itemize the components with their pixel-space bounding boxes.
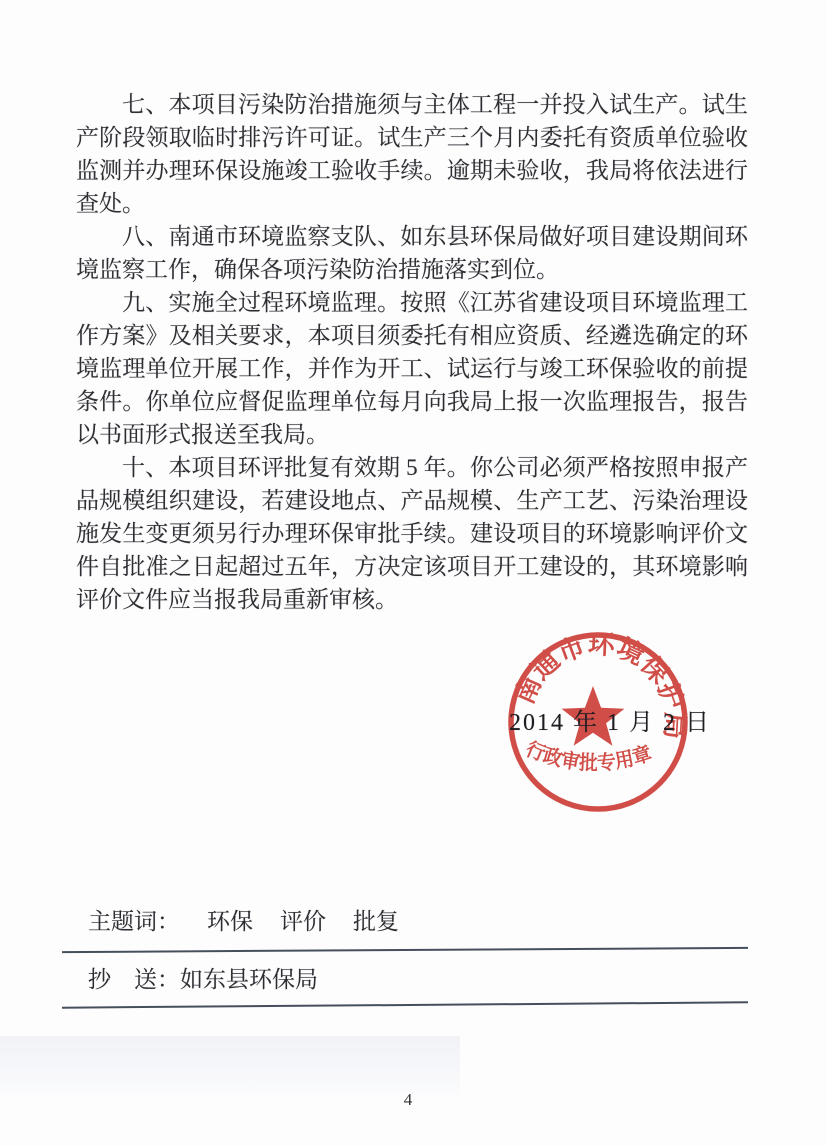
- cc-value: 如东县环保局: [180, 967, 318, 992]
- paragraph-item-8: 八、南通市环境监察支队、如东县环保局做好项目建设期间环境监察工作，确保各项污染防…: [76, 220, 748, 286]
- keyword-item: 环保: [207, 909, 253, 934]
- scanned-document-page: 七、本项目污染防治措施须与主体工程一并投入试生产。试生产阶段领取临时排污许可证。…: [0, 0, 827, 1146]
- paragraph-item-9: 九、实施全过程环境监理。按照《江苏省建设项目环境监理工作方案》及相关要求，本项目…: [76, 286, 748, 451]
- subject-keywords-row: 主题词：环保评价批复: [88, 903, 399, 936]
- paragraph-item-7: 七、本项目污染防治措施须与主体工程一并投入试生产。试生产阶段领取临时排污许可证。…: [76, 88, 748, 220]
- cc-row: 抄 送：如东县环保局: [88, 961, 318, 994]
- cc-label: 抄 送：: [88, 967, 180, 992]
- seal-usage-label: 行政审批专用章: [523, 736, 655, 774]
- scan-artifact-band: [0, 1036, 460, 1098]
- document-body: 七、本项目污染防治措施须与主体工程一并投入试生产。试生产阶段领取临时排污许可证。…: [76, 88, 748, 616]
- paragraph-item-10: 十、本项目环评批复有效期 5 年。你公司必须严格按照申报产品规模组织建设，若建设…: [76, 451, 748, 616]
- divider-line-bottom: [62, 1001, 748, 1008]
- page-number: 4: [396, 1090, 420, 1110]
- seal-bottom-arc-text: 行政审批专用章: [523, 736, 655, 774]
- keyword-item: 评价: [280, 909, 326, 934]
- keyword-item: 批复: [353, 909, 399, 934]
- subject-label: 主题词：: [88, 909, 180, 934]
- approval-date: 2014 年 1 月 2 日: [509, 702, 711, 737]
- divider-line-top: [62, 947, 748, 953]
